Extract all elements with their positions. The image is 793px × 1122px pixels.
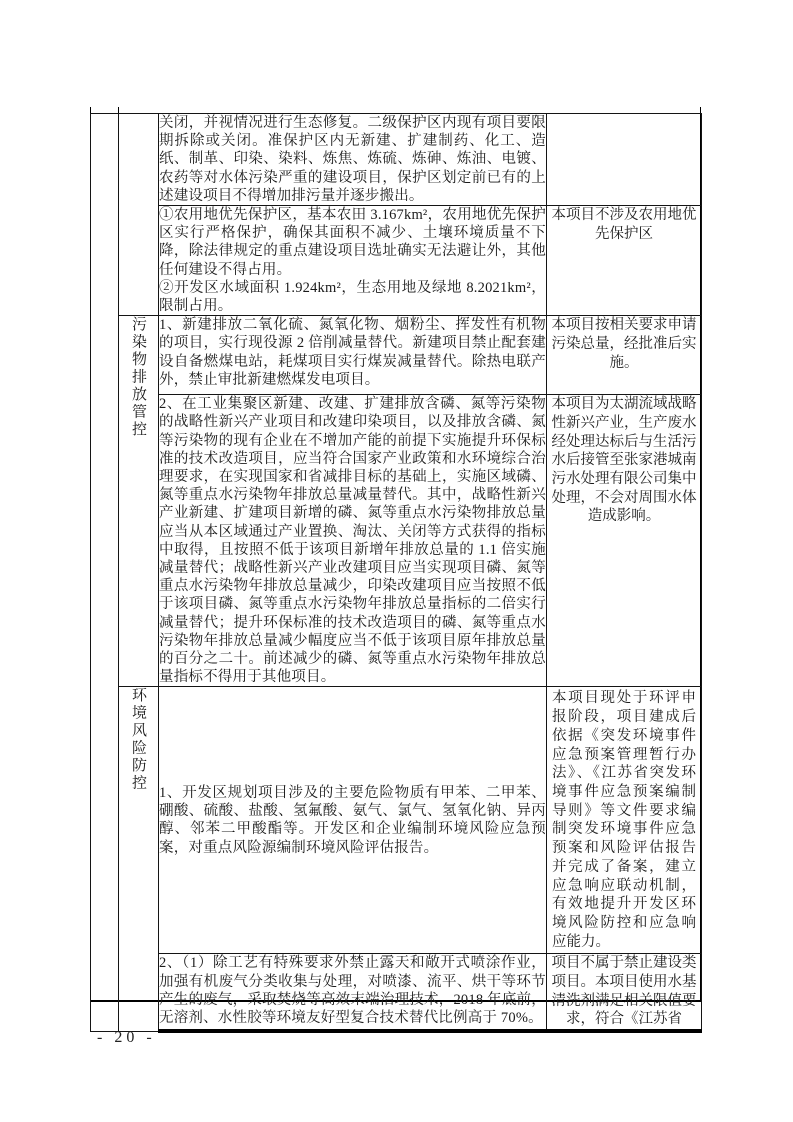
requirement-cell: 1、新建排放二氧化硫、氮氧化物、烟粉尘、挥发性有机物的项目，实行现役源 2 倍削… <box>159 316 547 395</box>
category-label-pollutant-discharge: 污染物排放管控 <box>128 316 149 439</box>
category-cell-blank <box>119 114 159 316</box>
spacer-cell <box>91 114 119 1032</box>
table-row: 环境风险防控 1、开发区规划项目涉及的主要危险物质有甲苯、二甲苯、硼酸、硫酸、盐… <box>91 687 702 954</box>
table-frame: 关闭，并视情况进行生态修复。二级保护区内现有项目要限期拆除或关闭。准保护区内无新… <box>90 107 701 1002</box>
requirement-cell: 2、（1）除工艺有特殊要求外禁止露天和敞开式喷涂作业，加强有机废气分类收集与处理… <box>159 954 547 1031</box>
page-number: - 20 - <box>97 1029 156 1047</box>
compliance-cell: 本项目不涉及农用地优先保护区 <box>547 206 702 316</box>
compliance-cell: 本项目现处于环评申报阶段，项目建成后依据《突发环境事件应急预案管理暂行办法》、《… <box>547 687 702 954</box>
category-label-env-risk: 环境风险防控 <box>128 687 149 792</box>
table-row: 2、（1）除工艺有特殊要求外禁止露天和敞开式喷涂作业，加强有机废气分类收集与处理… <box>91 954 702 1031</box>
table-row: ①农用地优先保护区，基本农田 3.167km²，农用地优先保护区实行严格保护，确… <box>91 206 702 316</box>
category-cell-pollutant-discharge: 污染物排放管控 <box>119 316 159 687</box>
compliance-cell: 项目不属于禁止建设类项目。本项目使用水基清洗剂满足相关限值要求，符合《江苏省 <box>547 954 702 1031</box>
document-page: 关闭，并视情况进行生态修复。二级保护区内现有项目要限期拆除或关闭。准保护区内无新… <box>0 0 793 1122</box>
compliance-cell: 本项目为太湖流域战略性新兴产业，生产废水经处理达标后与生活污水后接管至张家港城南… <box>547 395 702 687</box>
requirement-cell: 2、在工业集聚区新建、改建、扩建排放含磷、氮等污染物的战略性新兴产业项目和改建印… <box>159 395 547 687</box>
compliance-cell <box>547 114 702 206</box>
table-row: 2、在工业集聚区新建、改建、扩建排放含磷、氮等污染物的战略性新兴产业项目和改建印… <box>91 395 702 687</box>
requirement-cell: ①农用地优先保护区，基本农田 3.167km²，农用地优先保护区实行严格保护，确… <box>159 206 547 316</box>
table-row: 关闭，并视情况进行生态修复。二级保护区内现有项目要限期拆除或关闭。准保护区内无新… <box>91 114 702 206</box>
requirement-cell: 关闭，并视情况进行生态修复。二级保护区内现有项目要限期拆除或关闭。准保护区内无新… <box>159 114 547 206</box>
category-cell-env-risk: 环境风险防控 <box>119 687 159 1031</box>
requirement-cell: 1、开发区规划项目涉及的主要危险物质有甲苯、二甲苯、硼酸、硫酸、盐酸、氢氟酸、氨… <box>159 687 547 954</box>
compliance-cell: 本项目按相关要求申请污染总量，经批准后实施。 <box>547 316 702 395</box>
table-row: 污染物排放管控 1、新建排放二氧化硫、氮氧化物、烟粉尘、挥发性有机物的项目，实行… <box>91 316 702 395</box>
compliance-table: 关闭，并视情况进行生态修复。二级保护区内现有项目要限期拆除或关闭。准保护区内无新… <box>90 113 702 1033</box>
